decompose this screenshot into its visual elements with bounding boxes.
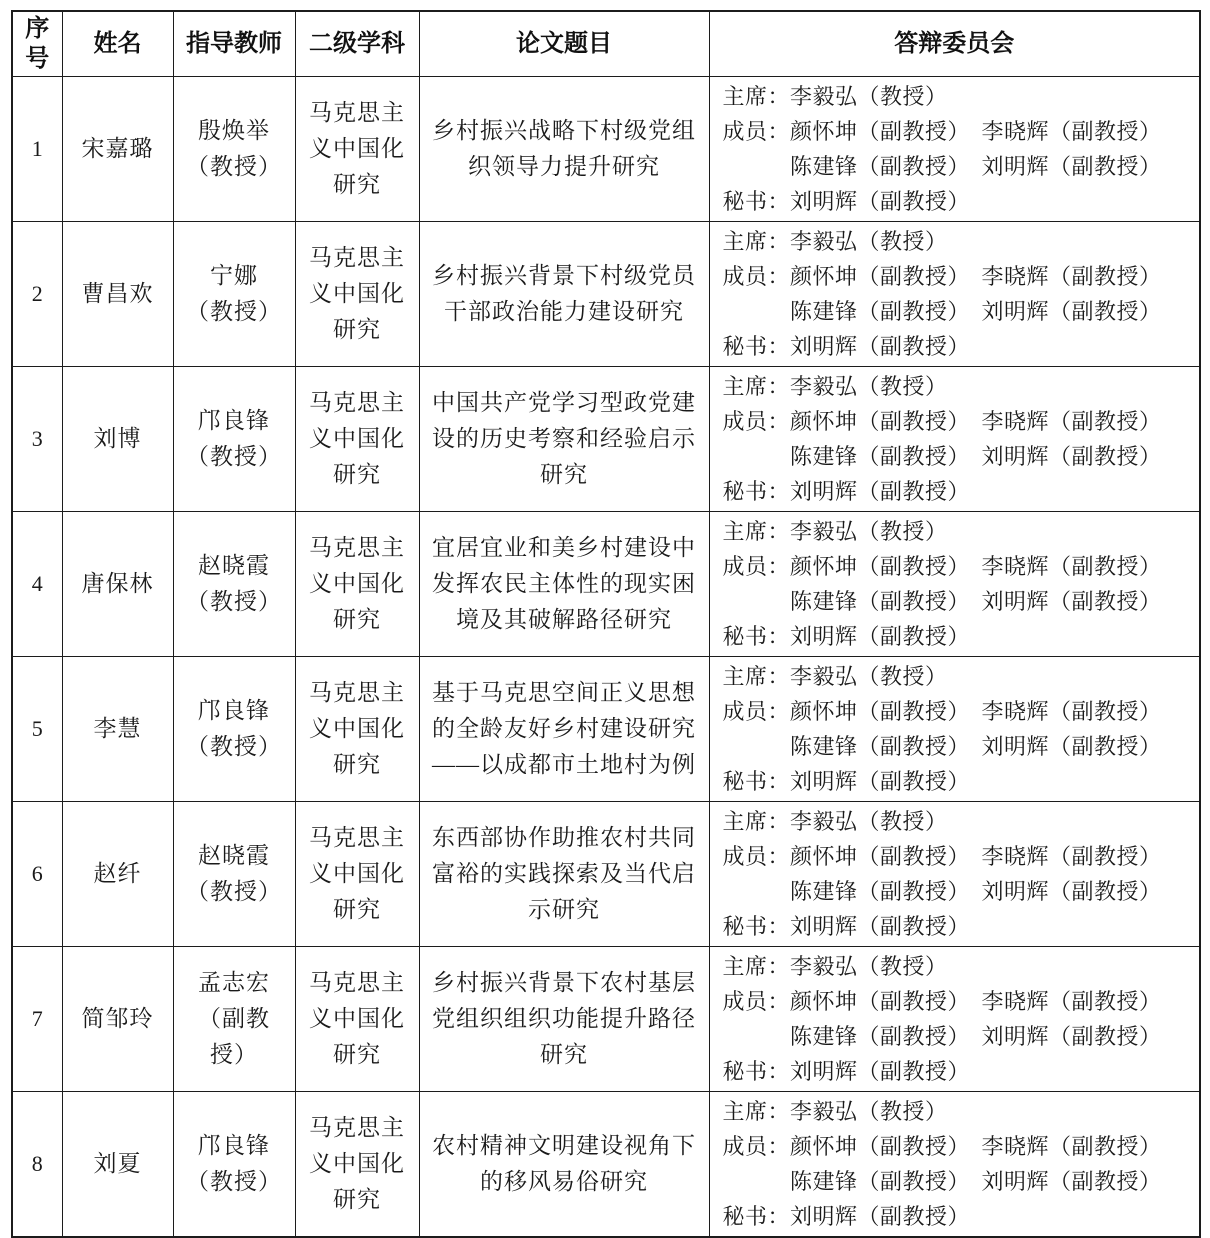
thesis-title: 乡村振兴战略下村级党组 织领导力提升研究 — [419, 76, 709, 221]
table-row: 6 赵纤 赵晓霞 （教授） 马克思主 义中国化 研究 东西部协作助推农村共同 富… — [12, 801, 1200, 946]
col-header-index: 序 号 — [12, 11, 62, 76]
advisor-name: 邝良锋 （教授） — [173, 656, 295, 801]
student-name: 刘博 — [62, 366, 173, 511]
committee-block: 主席：李毅弘（教授） 成员：颜怀坤（副教授） 李晓辉（副教授） 陈建锋（副教授）… — [709, 76, 1200, 221]
committee-block: 主席：李毅弘（教授） 成员：颜怀坤（副教授） 李晓辉（副教授） 陈建锋（副教授）… — [709, 366, 1200, 511]
student-name: 赵纤 — [62, 801, 173, 946]
discipline: 马克思主 义中国化 研究 — [295, 366, 419, 511]
advisor-name: 邝良锋 （教授） — [173, 366, 295, 511]
table-row: 2 曹昌欢 宁娜 （教授） 马克思主 义中国化 研究 乡村振兴背景下村级党员 干… — [12, 221, 1200, 366]
advisor-name: 孟志宏 （副教 授） — [173, 946, 295, 1091]
col-header-thesis-title: 论文题目 — [419, 11, 709, 76]
student-name: 刘夏 — [62, 1091, 173, 1237]
row-index: 3 — [12, 366, 62, 511]
discipline: 马克思主 义中国化 研究 — [295, 1091, 419, 1237]
student-name: 宋嘉璐 — [62, 76, 173, 221]
discipline: 马克思主 义中国化 研究 — [295, 801, 419, 946]
table-row: 1 宋嘉璐 殷焕举 （教授） 马克思主 义中国化 研究 乡村振兴战略下村级党组 … — [12, 76, 1200, 221]
table-row: 5 李慧 邝良锋 （教授） 马克思主 义中国化 研究 基于马克思空间正义思想 的… — [12, 656, 1200, 801]
row-index: 1 — [12, 76, 62, 221]
committee-block: 主席：李毅弘（教授） 成员：颜怀坤（副教授） 李晓辉（副教授） 陈建锋（副教授）… — [709, 801, 1200, 946]
table-row: 7 简邹玲 孟志宏 （副教 授） 马克思主 义中国化 研究 乡村振兴背景下农村基… — [12, 946, 1200, 1091]
table-row: 4 唐保林 赵晓霞 （教授） 马克思主 义中国化 研究 宜居宜业和美乡村建设中 … — [12, 511, 1200, 656]
student-name: 曹昌欢 — [62, 221, 173, 366]
advisor-name: 殷焕举 （教授） — [173, 76, 295, 221]
row-index: 5 — [12, 656, 62, 801]
advisor-name: 邝良锋 （教授） — [173, 1091, 295, 1237]
advisor-name: 宁娜 （教授） — [173, 221, 295, 366]
row-index: 2 — [12, 221, 62, 366]
table-row: 3 刘博 邝良锋 （教授） 马克思主 义中国化 研究 中国共产党学习型政党建 设… — [12, 366, 1200, 511]
row-index: 7 — [12, 946, 62, 1091]
thesis-title: 宜居宜业和美乡村建设中 发挥农民主体性的现实困 境及其破解路径研究 — [419, 511, 709, 656]
col-header-advisor: 指导教师 — [173, 11, 295, 76]
thesis-title: 乡村振兴背景下农村基层 党组织组织功能提升路径 研究 — [419, 946, 709, 1091]
col-header-name: 姓名 — [62, 11, 173, 76]
thesis-title: 东西部协作助推农村共同 富裕的实践探索及当代启 示研究 — [419, 801, 709, 946]
advisor-name: 赵晓霞 （教授） — [173, 801, 295, 946]
header-row: 序 号 姓名 指导教师 二级学科 论文题目 答辩委员会 — [12, 11, 1200, 76]
defense-committee-table: 序 号 姓名 指导教师 二级学科 论文题目 答辩委员会 1 宋嘉璐 殷焕举 （教… — [11, 10, 1201, 1238]
row-index: 8 — [12, 1091, 62, 1237]
row-index: 4 — [12, 511, 62, 656]
student-name: 唐保林 — [62, 511, 173, 656]
student-name: 简邹玲 — [62, 946, 173, 1091]
table-row: 8 刘夏 邝良锋 （教授） 马克思主 义中国化 研究 农村精神文明建设视角下 的… — [12, 1091, 1200, 1237]
committee-block: 主席：李毅弘（教授） 成员：颜怀坤（副教授） 李晓辉（副教授） 陈建锋（副教授）… — [709, 511, 1200, 656]
thesis-title: 乡村振兴背景下村级党员 干部政治能力建设研究 — [419, 221, 709, 366]
committee-block: 主席：李毅弘（教授） 成员：颜怀坤（副教授） 李晓辉（副教授） 陈建锋（副教授）… — [709, 656, 1200, 801]
committee-block: 主席：李毅弘（教授） 成员：颜怀坤（副教授） 李晓辉（副教授） 陈建锋（副教授）… — [709, 221, 1200, 366]
student-name: 李慧 — [62, 656, 173, 801]
discipline: 马克思主 义中国化 研究 — [295, 511, 419, 656]
thesis-title: 中国共产党学习型政党建 设的历史考察和经验启示 研究 — [419, 366, 709, 511]
discipline: 马克思主 义中国化 研究 — [295, 946, 419, 1091]
document-page: 序 号 姓名 指导教师 二级学科 论文题目 答辩委员会 1 宋嘉璐 殷焕举 （教… — [0, 0, 1210, 1236]
row-index: 6 — [12, 801, 62, 946]
thesis-title: 基于马克思空间正义思想 的全龄友好乡村建设研究 ——以成都市土地村为例 — [419, 656, 709, 801]
discipline: 马克思主 义中国化 研究 — [295, 221, 419, 366]
discipline: 马克思主 义中国化 研究 — [295, 656, 419, 801]
advisor-name: 赵晓霞 （教授） — [173, 511, 295, 656]
committee-block: 主席：李毅弘（教授） 成员：颜怀坤（副教授） 李晓辉（副教授） 陈建锋（副教授）… — [709, 1091, 1200, 1237]
committee-block: 主席：李毅弘（教授） 成员：颜怀坤（副教授） 李晓辉（副教授） 陈建锋（副教授）… — [709, 946, 1200, 1091]
thesis-title: 农村精神文明建设视角下 的移风易俗研究 — [419, 1091, 709, 1237]
discipline: 马克思主 义中国化 研究 — [295, 76, 419, 221]
col-header-committee: 答辩委员会 — [709, 11, 1200, 76]
col-header-discipline: 二级学科 — [295, 11, 419, 76]
